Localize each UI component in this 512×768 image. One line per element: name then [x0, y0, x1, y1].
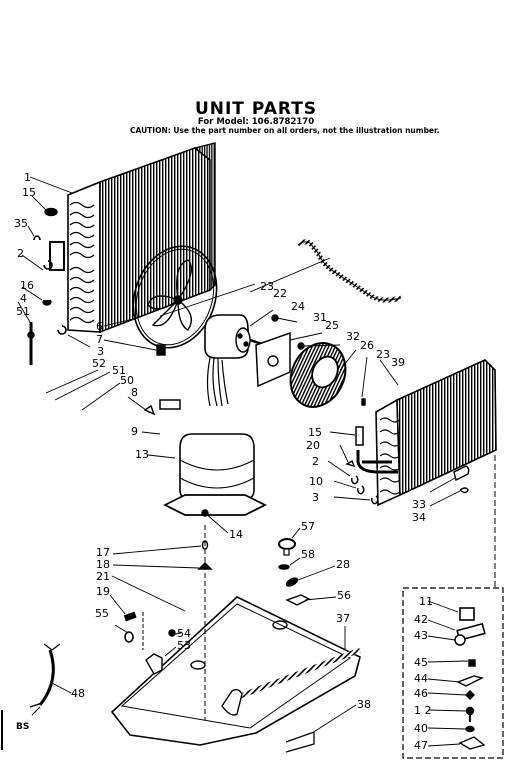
callout-44: 44 — [414, 673, 428, 684]
callout-42: 42 — [414, 614, 428, 625]
callout-1: 1 — [24, 172, 31, 183]
callout-40: 40 — [414, 723, 428, 734]
callout-10: 10 — [309, 476, 323, 487]
callout-35: 35 — [14, 218, 28, 229]
callout-3: 3 — [97, 346, 104, 357]
callout-15: 15 — [22, 187, 36, 198]
compressor — [165, 434, 265, 516]
callout-33: 33 — [412, 499, 426, 510]
callout-20: 20 — [306, 440, 320, 451]
callout-24: 24 — [291, 301, 305, 312]
callout-38: 38 — [357, 699, 371, 710]
exploded-parts-diagram — [0, 0, 512, 768]
callout-51: 51 — [16, 306, 30, 317]
condenser-coil — [50, 143, 215, 332]
callout-2-b: 2 — [312, 456, 319, 467]
callout-4: 4 — [20, 293, 27, 304]
callout-12: 1 2 — [414, 705, 432, 716]
wire-harness — [40, 650, 53, 705]
part-22-bracket — [298, 242, 401, 300]
motor-bracket — [256, 333, 290, 386]
callout-26: 26 — [360, 340, 374, 351]
evaporator-coil — [356, 360, 496, 505]
callout-17: 17 — [96, 547, 110, 558]
callout-34: 34 — [412, 512, 426, 523]
callout-43: 43 — [414, 630, 428, 641]
base-pan — [112, 595, 360, 752]
callout-9: 9 — [131, 426, 138, 437]
callout-18: 18 — [96, 559, 110, 570]
callout-45: 45 — [414, 657, 428, 668]
callout-58: 58 — [301, 549, 315, 560]
callout-50: 50 — [120, 375, 134, 386]
callout-48: 48 — [71, 688, 85, 699]
callout-53: 53 — [177, 640, 191, 651]
callout-23-b: 23 — [376, 349, 390, 360]
part-7-mount — [157, 345, 165, 355]
callout-6: 6 — [96, 321, 103, 332]
diagram-code: BS — [16, 722, 29, 732]
callout-39: 39 — [391, 357, 405, 368]
callout-56: 56 — [337, 590, 351, 601]
callout-8: 8 — [131, 387, 138, 398]
callout-46: 46 — [414, 688, 428, 699]
callout-2: 2 — [17, 248, 24, 259]
callout-21: 21 — [96, 571, 110, 582]
callout-32: 32 — [346, 331, 360, 342]
callout-54: 54 — [177, 628, 191, 639]
callout-52: 52 — [92, 358, 106, 369]
callout-11: 11 — [419, 596, 433, 607]
callout-22: 22 — [273, 288, 287, 299]
callout-28: 28 — [336, 559, 350, 570]
callout-23: 23 — [260, 281, 274, 292]
callout-7: 7 — [96, 334, 103, 345]
callout-57: 57 — [301, 521, 315, 532]
blower-wheel — [280, 334, 355, 416]
callout-37: 37 — [336, 613, 350, 624]
part-15-clip — [45, 209, 57, 216]
fan-motor — [205, 315, 265, 406]
callout-15-b: 15 — [308, 427, 322, 438]
callout-25: 25 — [325, 320, 339, 331]
callout-55: 55 — [95, 608, 109, 619]
callout-16: 16 — [20, 280, 34, 291]
callout-19: 19 — [96, 586, 110, 597]
callout-3-b: 3 — [312, 492, 319, 503]
callout-14: 14 — [229, 529, 243, 540]
callout-47: 47 — [414, 740, 428, 751]
callout-13: 13 — [135, 449, 149, 460]
